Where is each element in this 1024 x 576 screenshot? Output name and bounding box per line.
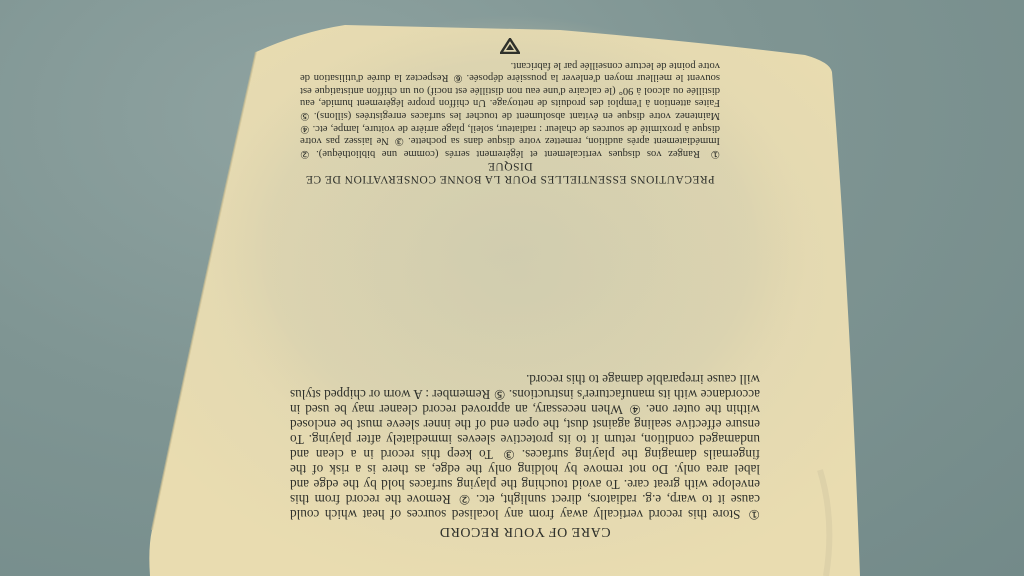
english-care-panel: CARE OF YOUR RECORD ① Store this record … [290,372,760,539]
photo-scene: PRECAUTIONS ESSENTIELLES POUR LA BONNE C… [0,0,1024,576]
french-instructions: ① Rangez vos disques verticalement et lé… [300,58,720,159]
english-instructions: ① Store this record vertically away from… [290,372,760,522]
french-care-panel: PRECAUTIONS ESSENTIELLES POUR LA BONNE C… [300,38,720,185]
english-title: CARE OF YOUR RECORD [290,524,760,539]
french-title: PRECAUTIONS ESSENTIELLES POUR LA BONNE C… [300,160,720,185]
triangle-logo-icon [500,38,520,54]
